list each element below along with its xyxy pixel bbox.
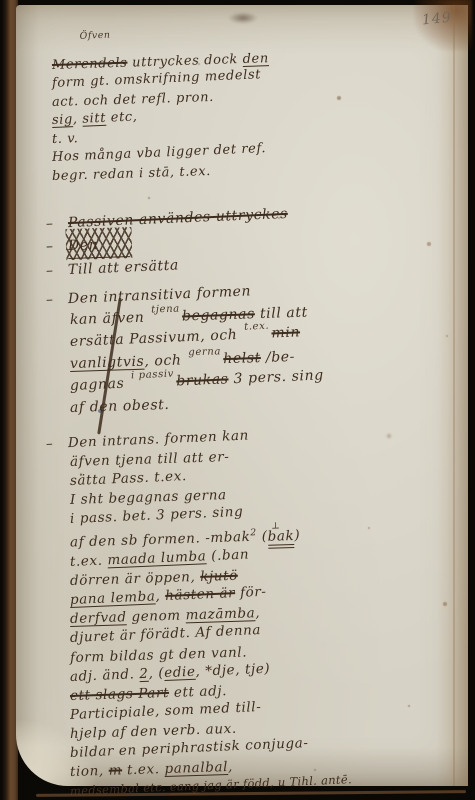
struck-text: brukas	[176, 371, 229, 389]
text-segment: (.ban	[206, 547, 249, 565]
scribbled-out-word: Den	[68, 233, 131, 259]
paper-speckles	[16, 5, 18, 7]
text-segment: kan äfven	[70, 310, 150, 328]
underlined-text: panalbal	[164, 759, 228, 777]
page-fold-line	[453, 5, 455, 786]
text-segment: (	[257, 529, 268, 545]
text-block: –Passiven användes uttryckes–Den–Till at…	[46, 212, 376, 282]
underlined-text: maada lumba	[107, 548, 207, 568]
inserted-word: gerna	[188, 341, 221, 363]
text-segment: adj. änd.	[70, 666, 140, 685]
inserted-word: Öfven	[79, 27, 111, 47]
underlined-text: derfvad	[70, 610, 127, 628]
struck-text: helst	[223, 350, 261, 367]
manuscript-photo: 149 ÖfvenMerendels uttryckes dock denfor…	[0, 0, 475, 800]
underlined-text: den	[242, 51, 269, 67]
bullet-dash: –	[46, 434, 69, 454]
inserted-word: tjena	[151, 299, 180, 321]
text-segment: af den obest.	[70, 397, 170, 416]
struck-text: kjutö	[200, 568, 238, 585]
text-segment: gagnas	[70, 376, 130, 394]
text-segment: tion,	[70, 763, 109, 780]
text-segment: sätta Pass. t.ex.	[70, 468, 188, 489]
text-segment: t.ex.	[70, 552, 108, 570]
struck-text: hästen är	[165, 585, 236, 604]
text-segment: ,	[255, 605, 260, 621]
text-block: ÖfvenMerendels uttryckes dock denform gt…	[46, 37, 376, 186]
text-segment: t. v.	[52, 131, 79, 147]
manuscript-page: 149 ÖfvenMerendels uttryckes dock denfor…	[16, 5, 468, 786]
text-segment: för-	[235, 584, 267, 601]
inserted-word: i passiv	[131, 364, 175, 387]
text-segment: )	[294, 528, 300, 544]
struck-text: Merendels	[52, 55, 128, 72]
bullet-dash: –	[46, 259, 69, 283]
bullet-dash: –	[46, 289, 69, 311]
text-segment: begr. redan i stā, t.ex.	[52, 164, 211, 184]
text-segment: ,	[228, 759, 233, 775]
underlined-text: pana lemba	[70, 589, 156, 609]
underlined-text: sig	[52, 112, 74, 128]
text-segment: 3 pers. sing	[228, 367, 324, 387]
text-segment: /be-	[261, 349, 296, 366]
struck-text: m	[108, 762, 122, 778]
struck-text: min	[271, 324, 300, 341]
text-segment: ett adj.	[169, 683, 227, 701]
text-segment: , *dje, tje)	[195, 660, 270, 679]
text-segment: , (	[148, 665, 164, 682]
inserted-word: t.ex.	[244, 316, 270, 338]
text-block: –Den intrans. formen kanäfven tjena till…	[46, 434, 376, 800]
text-segment: t.ex.	[122, 761, 165, 778]
text-segment: etc,	[106, 109, 138, 125]
text-segment: Till att ersätta	[68, 257, 180, 278]
page-number: 149	[422, 9, 453, 28]
underlined-text: edie	[164, 663, 196, 680]
struck-text: ett slags Part	[70, 685, 170, 704]
text-block: –Den intransitiva formenkan äfven tjenab…	[46, 289, 376, 419]
smudge-mark	[228, 12, 258, 24]
text-segment: jag är född, u Tihl. antē.	[199, 772, 352, 792]
text-segment: genom	[126, 608, 186, 626]
underlined-text: sitt	[82, 111, 106, 127]
handwriting: ÖfvenMerendels uttryckes dock denform gt…	[46, 37, 376, 800]
